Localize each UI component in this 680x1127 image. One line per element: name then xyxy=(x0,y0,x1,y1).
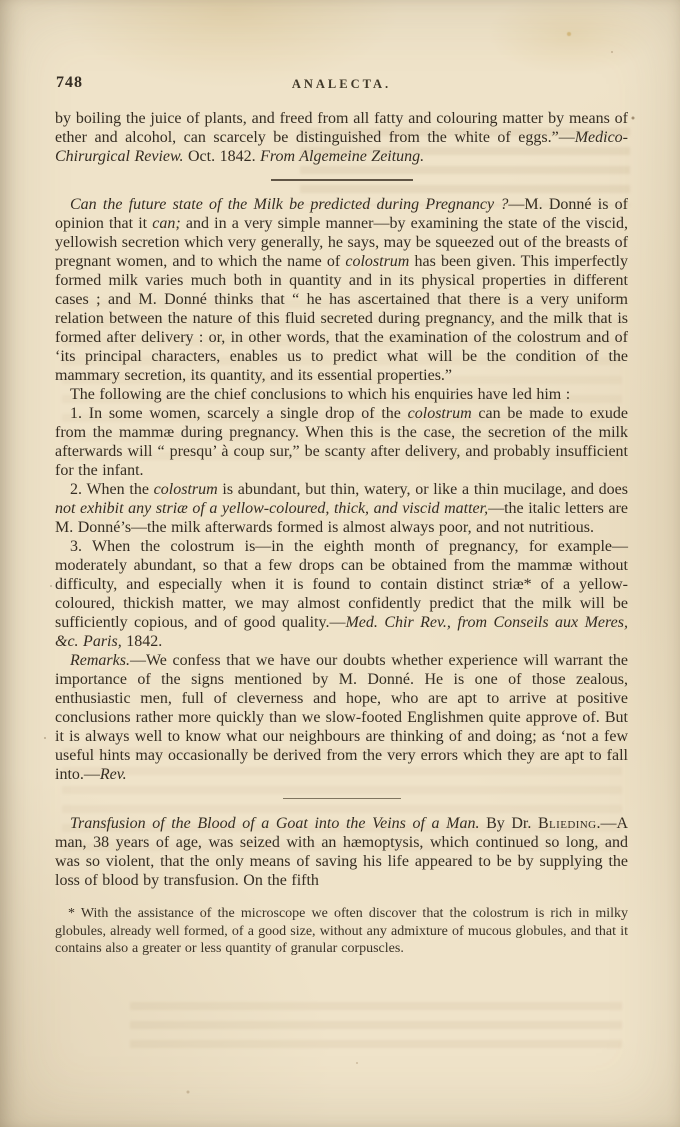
bleedthrough-texture xyxy=(130,1002,622,1054)
paragraph-conclusion-3: 3. When the colostrum is—in the eighth m… xyxy=(55,537,628,651)
page-number: 748 xyxy=(56,74,83,92)
paragraph-remarks: Remarks.—We confess that we have our dou… xyxy=(55,651,628,784)
section-divider xyxy=(271,179,413,181)
paragraph-milk-opening: Can the future state of the Milk be pred… xyxy=(55,195,628,385)
scanned-journal-page: 748 ANALECTA. by boiling the juice of pl… xyxy=(0,0,680,1127)
footnote: * With the assistance of the microscope … xyxy=(55,905,628,958)
paragraph-conclusion-1: 1. In some women, scarcely a single drop… xyxy=(55,404,628,480)
paragraph-continuation: by boiling the juice of plants, and free… xyxy=(55,109,628,166)
running-head-title: ANALECTA. xyxy=(55,74,628,92)
paper-specks xyxy=(0,0,2,2)
paragraph-transfusion-opening: Transfusion of the Blood of a Goat into … xyxy=(55,814,628,890)
section-divider xyxy=(283,798,401,799)
page-header: 748 ANALECTA. xyxy=(55,74,628,95)
page-content: 748 ANALECTA. by boiling the juice of pl… xyxy=(55,74,628,972)
paragraph-conclusions-intro: The following are the chief conclusions … xyxy=(55,385,628,404)
paragraph-conclusion-2: 2. When the colostrum is abundant, but t… xyxy=(55,480,628,537)
